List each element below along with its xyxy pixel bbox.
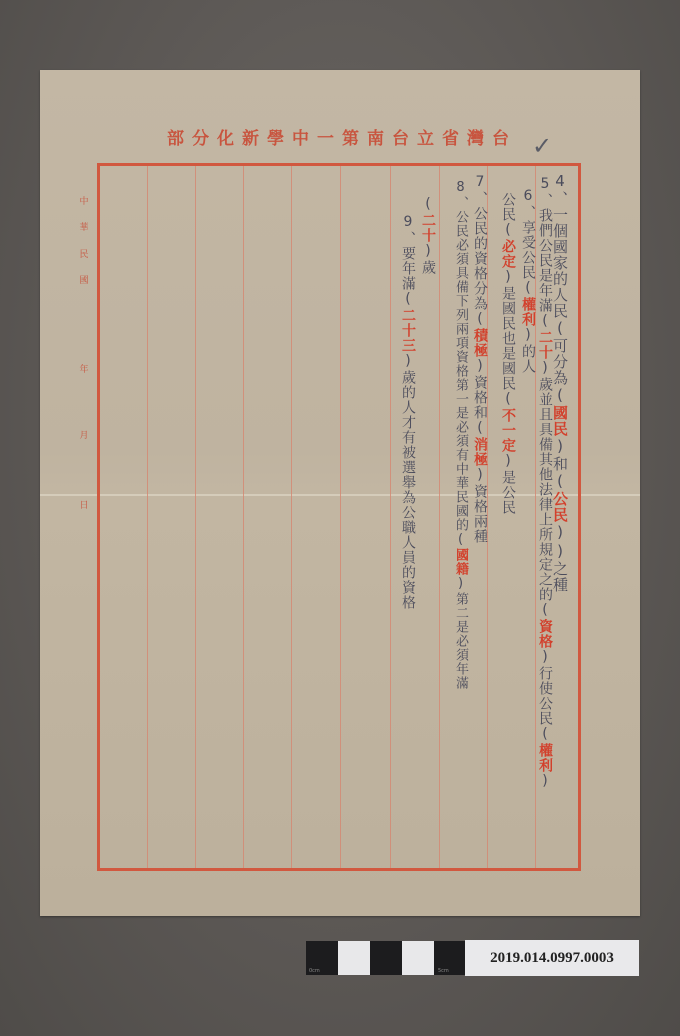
scale-block-white [338,941,370,975]
ink-text: )歲的人才有被選舉為公職人員的資格 [400,353,416,610]
ink-text: 9、要年滿( [400,214,416,308]
color-scale-bar: 0cm 5cm [306,941,466,975]
ink-text: )的人 [520,327,536,374]
date-label: 國 [77,273,91,286]
date-label: 民 [77,247,91,260]
scale-block-white [402,941,434,975]
red-answer: 積極 [472,328,488,358]
ruled-frame: 4、一個國家的人民(可分為(國民)和(公民))之種 5、我們公民是年滿(二十)歲… [97,163,581,871]
red-answer: 二十 [420,213,436,243]
date-label: 日 [77,498,91,511]
red-answer: 二十三 [400,308,416,353]
red-answer: 必定 [500,239,516,269]
ink-text: 8、公民必須具備下列兩項資格第一是必須有中華民國的( [453,180,468,548]
ink-text: )第二是必須年滿 [453,576,468,690]
red-answer: 資格 [537,619,553,649]
red-answer: 權利 [537,743,553,773]
red-answer: 不一定 [500,408,516,453]
ink-text: 7、公民的資格分為( [472,174,488,328]
column-rule [243,166,244,868]
column-rule [147,166,148,868]
answer-line-9: 9、要年滿(二十三)歲的人才有被選舉為公職人員的資格 [380,214,420,610]
ink-text: ) [537,773,553,790]
date-label: 中 [77,194,91,207]
red-answer: 權利 [520,297,536,327]
scale-mark-label: 5cm [438,968,449,974]
date-label: 月 [77,428,91,441]
red-answer: 國籍 [453,548,468,576]
ink-text: ( [420,196,436,213]
date-label: 年 [77,362,91,375]
accession-number-label: 2019.014.0997.0003 [465,940,639,976]
ink-text: )行使公民( [537,649,553,743]
check-mark-icon: ✓ [532,132,558,160]
scale-mark-label: 0cm [309,968,320,974]
ink-text: )歲 [420,243,436,275]
document-paper: 台灣省立台南第一中學新化分部 ✓ 中 華 民 國 年 月 日 4、一個國家的人民… [40,70,640,916]
scale-block-black [370,941,402,975]
ink-text: )是公民 [500,453,516,515]
letterhead-title: 台灣省立台南第一中學新化分部 [158,124,526,149]
ink-text: )資格和( [472,358,488,437]
date-label: 華 [77,220,91,233]
ink-text: )是國民也是國民( [500,269,516,408]
column-rule [291,166,292,868]
ink-text: )歲並且具備其他法律上所規定之的( [537,360,553,619]
column-rule [195,166,196,868]
column-rule [340,166,341,868]
red-answer: 消極 [472,437,488,467]
ink-text: 6、享受公民( [520,188,536,297]
ink-text: 公民( [500,192,516,239]
ink-text: )資格兩種 [472,467,488,544]
